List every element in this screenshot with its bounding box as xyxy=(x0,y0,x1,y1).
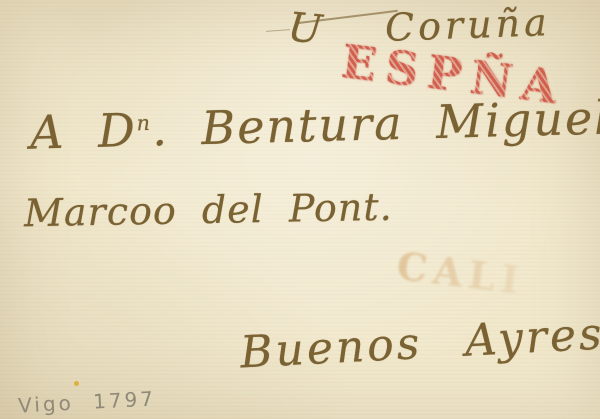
address-line-1: A Dn. Bentura Miguel xyxy=(29,90,600,159)
address-salutation: A D xyxy=(29,103,137,160)
destination-buenos-ayres: Buenos Ayres xyxy=(239,308,600,378)
pencil-collector-note: Vigo 1797 xyxy=(17,386,156,417)
postal-cover-scan: U Coruña ESPÑA A Dn. Bentura Miguel Marc… xyxy=(0,0,600,419)
address-don-dot: . xyxy=(151,102,169,156)
paper-stain-speck xyxy=(74,381,79,386)
address-line-2: Marcoo del Pont. xyxy=(24,185,393,235)
address-recipient-name: Bentura Miguel xyxy=(201,90,600,155)
address-don-superscript: n xyxy=(136,111,152,135)
cali-faded-postmark: CALI xyxy=(395,243,528,303)
rate-mark-dash xyxy=(266,29,290,32)
handwritten-rate-mark: U xyxy=(286,4,324,53)
